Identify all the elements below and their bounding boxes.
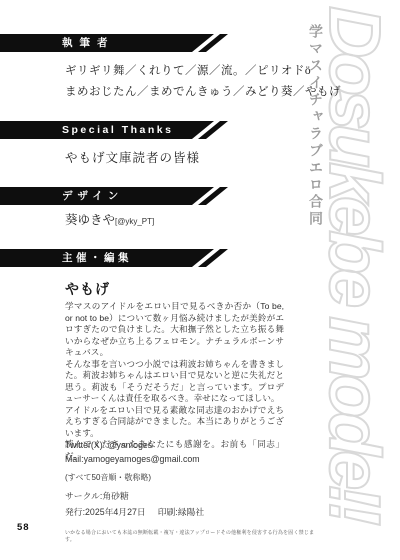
design-section-banner: デザイン [0, 187, 228, 205]
twitter-handle: Twitter(X): @yamoges [65, 439, 200, 453]
afterword-paragraph: アイドルをエロい目で見る素敵な同志達のおかげでえちえちすぎる合同誌ができました。… [65, 405, 284, 440]
special-thanks-section-banner: Special Thanks [0, 121, 228, 139]
designer-name: 葵ゆきや [65, 213, 115, 227]
editor-section-banner: 主催・編集 [0, 249, 228, 267]
anthology-subtitle-vertical: 学マスイチャラブエロ合同 [306, 24, 326, 228]
design-heading: デザイン [0, 187, 228, 205]
afterword-paragraph: 学マスのアイドルをエロい目で見るべきか否か（To be, or not to b… [65, 301, 284, 359]
writers-heading: 執筆者 [0, 34, 228, 52]
editor-heading: 主催・編集 [0, 249, 228, 267]
special-thanks-text: やもげ文庫読者の皆様 [65, 148, 200, 166]
writers-names-line-1: ギリギリ舞／くれりて／源／流。／ピリオドö [65, 61, 341, 82]
designer-twitter-handle: [@yky_PT] [115, 217, 154, 226]
mail-address: Mail:yamogeyamoges@gmail.com [65, 453, 200, 467]
contact-block: Twitter(X): @yamoges Mail:yamogeyamoges@… [65, 439, 200, 466]
publication-line: 発行:2025年4月27日印刷:緑陽社 [65, 505, 204, 518]
writers-section-banner: 執筆者 [0, 34, 228, 52]
publish-date: 発行:2025年4月27日 [65, 507, 146, 517]
name-order-note: (すべて50音順・敬称略) [65, 472, 151, 483]
writers-names-line-2: まめおじたん／まめでんきゅう／みどり葵／やもげ [65, 82, 341, 103]
copyright-fineprint: いかなる場合においても本誌の無断転載・複写・違法アップロードその他権利を侵害する… [65, 529, 315, 543]
circle-name: サークル:角砂糖 [65, 489, 129, 502]
writers-name-list: ギリギリ舞／くれりて／源／流。／ピリオドö まめおじたん／まめでんきゅう／みどり… [65, 61, 341, 103]
afterword-paragraph: そんな事を言いつつ小説では莉波お姉ちゃんを書きました。莉波お姉ちゃんはエロい目で… [65, 359, 284, 405]
editor-name: やもげ [65, 279, 110, 299]
editor-afterword: 学マスのアイドルをエロい目で見るべきか否か（To be, or not to b… [65, 301, 284, 462]
page-number: 58 [17, 522, 30, 533]
special-thanks-heading: Special Thanks [0, 121, 228, 139]
printer-name: 印刷:緑陽社 [158, 507, 204, 517]
designer-credit: 葵ゆきや[@yky_PT] [65, 210, 154, 228]
colophon-page: Dosukebe mode!! 学マスイチャラブエロ合同 執筆者 ギリギリ舞／く… [0, 0, 400, 560]
